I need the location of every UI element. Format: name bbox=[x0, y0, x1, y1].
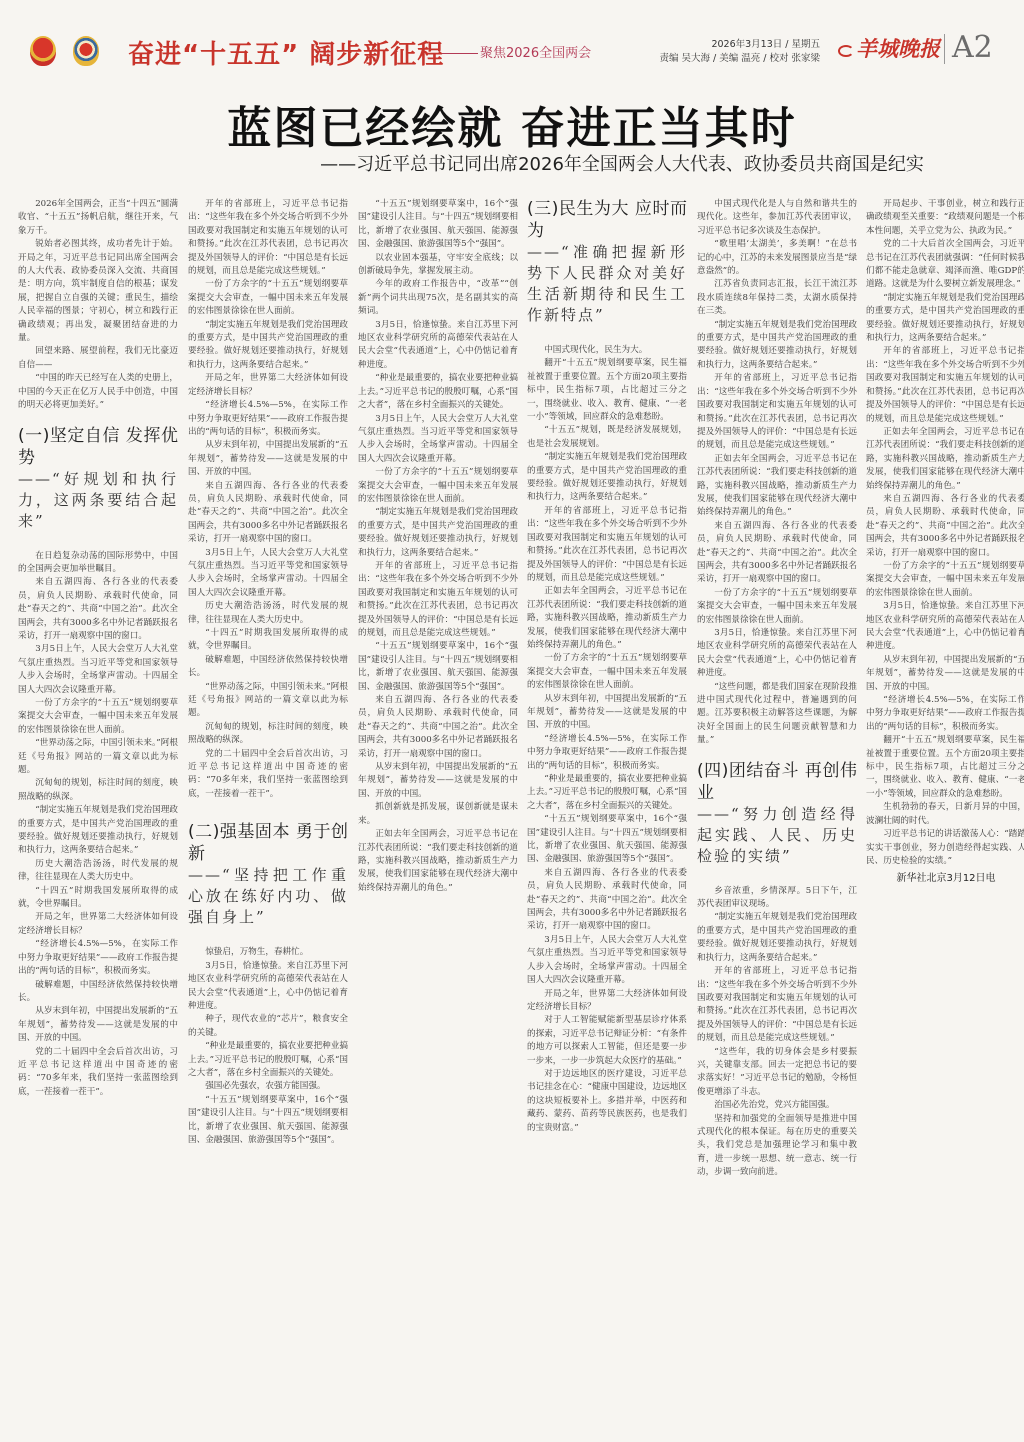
paragraph: 对于边远地区的医疗建设，习近平总书记挂念在心：“健康中国建设，边远地区的这块短板… bbox=[527, 1068, 687, 1135]
paragraph: 翻开“十五五”规划纲要草案，民生福祉被置于重要位置。五个方面20项主要指标中，民… bbox=[866, 734, 1024, 801]
paragraph: “制定实施五年规划是我们党治国理政的重要方式，是中国共产党治国理政的重要经验。做… bbox=[188, 319, 348, 373]
divider bbox=[944, 34, 945, 64]
paragraph: “十五五”规划，既是经济发展规划，也是社会发展规划。 bbox=[527, 424, 687, 451]
paragraph: 党的二十届四中全会后首次出访，习近平总书记这样道出中国奇迹的密码：“70多年来，… bbox=[18, 1046, 178, 1100]
section-quote: ——“准确把握新形势下人民群众对美好生活新期待和民生工作新特点” bbox=[527, 242, 687, 326]
paragraph: 开局之年，世界第二大经济体如何设定经济增长目标？ bbox=[527, 988, 687, 1015]
paragraph: “这些问题，都是我们国家在现阶段推进中国式现代化过程中，普遍遇到的问题。江苏要积… bbox=[697, 681, 857, 748]
paragraph: “制定实施五年规划是我们党治国理政的重要方式，是中国共产党治国理政的重要经验。做… bbox=[527, 451, 687, 505]
paragraph: 中国式现代化，民生为大。 bbox=[527, 344, 687, 357]
paragraph: 开年的省部班上，习近平总书记指出：“这些年我在多个外交场合听到不少外国政要对我国… bbox=[866, 345, 1024, 425]
paragraph: 回望来路、展望前程，我们无比豪迈自信—— bbox=[18, 345, 178, 372]
paragraph: 一份了方余字的“十五五”规划纲要草案提交大会审查，一幅中国未来五年发展的宏伟图景… bbox=[527, 652, 687, 692]
paragraph: 2026年全国两会，正当“十四五”圆满收官、“十五五”扬帆启航，继往开来，气象万… bbox=[18, 198, 178, 238]
article-column-5: 中国式现代化是人与自然和谐共生的现代化。这些年，参加江苏代表团审议，习近平总书记… bbox=[697, 198, 857, 1428]
issue-meta: 2026年3月13日 / 星期五 责编 吴大海 / 美编 温亮 / 校对 张家梁 bbox=[659, 38, 820, 66]
subhead: ——习近平总书记同出席2026年全国两会人大代表、政协委员共商国是纪实 bbox=[0, 150, 1024, 176]
paragraph: 江苏省负责同志汇报，长江干流江苏段水质连续8年保持二类，太湖水质保持在三类。 bbox=[697, 278, 857, 318]
paragraph: “歌里唱‘太湖美’，多美啊！”在总书记的心中，江苏的未来发展图景应当是“绿意盎然… bbox=[697, 238, 857, 278]
paragraph: 坚持和加强党的全面领导是推进中国式现代化的根本保证。每在历史的重要关头，我们党总… bbox=[697, 1113, 857, 1180]
paragraph: “制定实施五年规划是我们党治国理政的重要方式，是中国共产党治国理政的重要经验。做… bbox=[358, 506, 518, 560]
paragraph: 从岁末到年初，中国提出发展新的“五年规划”，蓄势待发——这就是发展的中国、开放的… bbox=[18, 1005, 178, 1045]
paragraph: “世界动荡之际，中国引领未来。”阿根廷《号角报》网站的一篇文章以此为标题。 bbox=[18, 737, 178, 777]
paragraph: 抓创新就是抓发展，谋创新就是谋未来。 bbox=[358, 801, 518, 828]
paragraph: 从岁末到年初，中国提出发展新的“五年规划”，蓄势待发——这就是发展的中国、开放的… bbox=[358, 761, 518, 801]
paragraph: 一份了方余字的“十五五”规划纲要草案提交大会审查，一幅中国未来五年发展的宏伟图景… bbox=[358, 466, 518, 506]
paragraph: 一份了方余字的“十五五”规划纲要草案提交大会审查，一幅中国未来五年发展的宏伟图景… bbox=[18, 697, 178, 737]
paragraph: 习近平总书记的讲话激荡人心：“踏踏实实干事创业，努力创造经得起实践、人民、历史检… bbox=[866, 828, 1024, 868]
paragraph: 开局起步、干事创业，树立和践行正确政绩观至关重要：“政绩观问题是一个根本性问题，… bbox=[866, 198, 1024, 238]
paragraph: “制定实施五年规划是我们党治国理政的重要方式，是中国共产党治国理政的重要经验。做… bbox=[866, 292, 1024, 346]
paragraph: “十五五”规划纲要草案中，16个“强国”建设引人注目。与“十四五”规划纲要相比，… bbox=[358, 640, 518, 694]
section-title: (四)团结奋斗 再创伟业 bbox=[697, 760, 857, 804]
paragraph: 惊蛰启，万物生，春耕忙。 bbox=[188, 946, 348, 959]
paragraph: 党的二十大后首次全国两会，习近平总书记在江苏代表团就强调：“任何时候我们都不能走… bbox=[866, 238, 1024, 292]
paragraph: 正如去年全国两会，习近平总书记在江苏代表团所说：“我们要走科技创新的道路，实施科… bbox=[697, 453, 857, 520]
paragraph: 沉甸甸的规划，标注时间的刻度，映照战略的纵深。 bbox=[188, 721, 348, 748]
section-title: (三)民生为大 应时而为 bbox=[527, 198, 687, 242]
paragraph: 3月5日，恰逢惊蛰。来自江苏里下河地区农业科学研究所的高德荣代表站在人民大会堂“… bbox=[188, 960, 348, 1014]
headline: 蓝图已经绘就 奋进正当其时 bbox=[0, 92, 1024, 156]
paragraph: 开局之年，世界第二大经济体如何设定经济增长目标？ bbox=[188, 372, 348, 399]
section-quote: ——“努力创造经得起实践、人民、历史检验的实绩” bbox=[697, 804, 857, 867]
paragraph: “制定实施五年规划是我们党治国理政的重要方式，是中国共产党治国理政的重要经验。做… bbox=[697, 911, 857, 965]
paragraph: 正如去年全国两会，习近平总书记在江苏代表团所说：“我们要走科技创新的道路，实施科… bbox=[527, 585, 687, 652]
paragraph: 3月5日上午，人民大会堂万人大礼堂气氛庄重热烈。当习近平等党和国家领导人步入会场… bbox=[527, 934, 687, 988]
paragraph: 从岁末到年初，中国提出发展新的“五年规划”，蓄势待发——这就是发展的中国、开放的… bbox=[866, 654, 1024, 694]
paragraph: 在日趋复杂动荡的国际形势中，中国的全国两会更加举世瞩目。 bbox=[18, 550, 178, 577]
paragraph: “中国的昨天已经写在人类的史册上，中国的今天正在亿万人民手中创造，中国的明天必将… bbox=[18, 372, 178, 412]
paragraph: “十四五”时期我国发展所取得的成就，令世界瞩目。 bbox=[18, 885, 178, 912]
paragraph: 开年的省部班上，习近平总书记指出：“这些年我在多个外交场合听到不少外国政要对我国… bbox=[188, 198, 348, 278]
dateline: 新华社北京3月12日电 bbox=[866, 872, 1024, 885]
section-quote: ——“坚持把工作重心放在练好内功、做强自身上” bbox=[188, 865, 348, 928]
paragraph: 来自五湖四海、各行各业的代表委员，肩负人民期盼、承载时代使命，同赴“春天之约”、… bbox=[527, 867, 687, 934]
paragraph: “种业是最重要的，搞农业要把种业搞上去。”习近平总书记的殷殷叮嘱，心系“国之大者… bbox=[358, 372, 518, 412]
paragraph: 开年的省部班上，习近平总书记指出：“这些年我在多个外交场合听到不少外国政要对我国… bbox=[527, 505, 687, 585]
paragraph: “制定实施五年规划是我们党治国理政的重要方式，是中国共产党治国理政的重要经验。做… bbox=[18, 804, 178, 858]
paragraph: “十五五”规划纲要草案中，16个“强国”建设引人注目。与“十四五”规划纲要相比，… bbox=[188, 1094, 348, 1148]
paragraph: 开年的省部班上，习近平总书记指出：“这些年我在多个外交场合听到不少外国政要对我国… bbox=[697, 965, 857, 1045]
cppcc-emblem-icon bbox=[73, 36, 99, 66]
paragraph: 乡音浓重，乡情深厚。5日下午，江苏代表团审议现场。 bbox=[697, 885, 857, 912]
section-heading-2: (二)强基固本 勇于创新 ——“坚持把工作重心放在练好内功、做强自身上” bbox=[188, 821, 348, 928]
section-title: (一)坚定自信 发挥优势 bbox=[18, 425, 178, 469]
article-column-3: “十五五”规划纲要草案中，16个“强国”建设引人注目。与“十四五”规划纲要相比，… bbox=[358, 198, 518, 1428]
paragraph: 今年的政府工作报告中，“改革”“创新”两个词共出现75次，是名副其实的高频词。 bbox=[358, 278, 518, 318]
paragraph: 来自五湖四海、各行各业的代表委员，肩负人民期盼、承载时代使命，同赴“春天之约”、… bbox=[188, 480, 348, 547]
section-heading-4: (四)团结奋斗 再创伟业 ——“努力创造经得起实践、人民、历史检验的实绩” bbox=[697, 760, 857, 867]
paragraph: “十四五”时期我国发展所取得的成就，令世界瞩目。 bbox=[188, 627, 348, 654]
paragraph: 以农业固本强基，守牢安全底线；以创新破局争先，掌握发展主动。 bbox=[358, 252, 518, 279]
banner-title: 奋进“十五五” 阔步新征程 bbox=[128, 34, 444, 71]
paragraph: 对于人工智能赋能新型基层诊疗体系的探索，习近平总书记辩证分析：“有条件的地方可以… bbox=[527, 1014, 687, 1068]
article-column-4: (三)民生为大 应时而为 ——“准确把握新形势下人民群众对美好生活新期待和民生工… bbox=[527, 198, 687, 1428]
paragraph: 正如去年全国两会，习近平总书记在江苏代表团所说：“我们要走科技创新的道路，实施科… bbox=[866, 426, 1024, 493]
section-quote: ——“好规划和执行力，这两条要结合起来” bbox=[18, 469, 178, 532]
paragraph: “经济增长4.5%—5%，在实际工作中努力争取更好结果”——政府工作报告提出的“… bbox=[188, 399, 348, 439]
paragraph: “世界动荡之际，中国引领未来。”阿根廷《号角报》网站的一篇文章以此为标题。 bbox=[188, 681, 348, 721]
paragraph: 来自五湖四海、各行各业的代表委员，肩负人民期盼、承载时代使命，同赴“春天之约”、… bbox=[697, 520, 857, 587]
national-emblem-icon bbox=[30, 36, 56, 66]
paragraph: “种业是最重要的，搞农业要把种业搞上去。”习近平总书记的殷殷叮嘱，心系“国之大者… bbox=[188, 1040, 348, 1080]
paragraph: 破解难题，中国经济依然保持较快增长。 bbox=[18, 979, 178, 1006]
paragraph: 生机勃勃的春天，日新月异的中国，波澜壮阔的时代。 bbox=[866, 801, 1024, 828]
paragraph: 3月5日，恰逢惊蛰。来自江苏里下河地区农业科学研究所的高德荣代表站在人民大会堂“… bbox=[697, 627, 857, 681]
paragraph: “十五五”规划纲要草案中，16个“强国”建设引人注目。与“十四五”规划纲要相比，… bbox=[358, 198, 518, 252]
paragraph: 沉甸甸的规划，标注时间的刻度，映照战略的纵深。 bbox=[18, 777, 178, 804]
paragraph: “制定实施五年规划是我们党治国理政的重要方式，是中国共产党治国理政的重要经验。做… bbox=[697, 319, 857, 373]
paragraph: 开局之年，世界第二大经济体如何设定经济增长目标？ bbox=[18, 911, 178, 938]
paragraph: 一份了方余字的“十五五”规划纲要草案提交大会审查，一幅中国未来五年发展的宏伟图景… bbox=[866, 560, 1024, 600]
issue-date: 2026年3月13日 / 星期五 bbox=[659, 38, 820, 52]
paragraph: 从岁末到年初，中国提出发展新的“五年规划”，蓄势待发——这就是发展的中国、开放的… bbox=[527, 693, 687, 733]
paragraph: 翻开“十五五”规划纲要草案，民生福祉被置于重要位置。五个方面20项主要指标中，民… bbox=[527, 357, 687, 424]
logo-swirl-icon bbox=[838, 45, 854, 57]
paragraph: 历史大潮浩浩汤汤，时代发展的规律，往往显现在人类大历史中。 bbox=[18, 858, 178, 885]
paragraph: 破解难题，中国经济依然保持较快增长。 bbox=[188, 654, 348, 681]
editor-credits: 责编 吴大海 / 美编 温亮 / 校对 张家梁 bbox=[659, 52, 820, 66]
paragraph: 党的二十届四中全会后首次出访，习近平总书记这样道出中国奇迹的密码：“70多年来，… bbox=[188, 748, 348, 802]
paragraph: “经济增长4.5%—5%，在实际工作中努力争取更好结果”——政府工作报告提出的“… bbox=[527, 733, 687, 773]
page-number: A2 bbox=[952, 30, 993, 65]
section-heading-3: (三)民生为大 应时而为 ——“准确把握新形势下人民群众对美好生活新期待和民生工… bbox=[527, 198, 687, 326]
paragraph: 正如去年全国两会，习近平总书记在江苏代表团所说：“我们要走科技创新的道路，实施科… bbox=[358, 828, 518, 895]
newspaper-name: 羊城晚报 bbox=[856, 36, 940, 61]
paragraph: 一份了方余字的“十五五”规划纲要草案提交大会审查，一幅中国未来五年发展的宏伟图景… bbox=[697, 587, 857, 627]
paragraph: 3月5日，恰逢惊蛰。来自江苏里下河地区农业科学研究所的高德荣代表站在人民大会堂“… bbox=[866, 600, 1024, 654]
paragraph: 3月5日上午，人民大会堂万人大礼堂气氛庄重热烈。当习近平等党和国家领导人步入会场… bbox=[188, 547, 348, 601]
paragraph: “经济增长4.5%—5%，在实际工作中努力争取更好结果”——政府工作报告提出的“… bbox=[866, 694, 1024, 734]
paragraph: 来自五湖四海、各行各业的代表委员，肩负人民期盼、承载时代使命，同赴“春天之约”、… bbox=[358, 694, 518, 761]
section-heading-1: (一)坚定自信 发挥优势 ——“好规划和执行力，这两条要结合起来” bbox=[18, 425, 178, 532]
article-column-6: 开局起步、干事创业，树立和践行正确政绩观至关重要：“政绩观问题是一个根本性问题，… bbox=[866, 198, 1024, 1428]
paragraph: 从岁末到年初，中国提出发展新的“五年规划”，蓄势待发——这就是发展的中国、开放的… bbox=[188, 439, 348, 479]
article-column-2: 开年的省部班上，习近平总书记指出：“这些年我在多个外交场合听到不少外国政要对我国… bbox=[188, 198, 348, 1428]
paragraph: “十五五”规划纲要草案中，16个“强国”建设引人注目。与“十四五”规划纲要相比，… bbox=[527, 813, 687, 867]
newspaper-logo: 羊城晚报 bbox=[838, 33, 940, 63]
paragraph: 3月5日上午，人民大会堂万人大礼堂气氛庄重热烈。当习近平等党和国家领导人步入会场… bbox=[358, 413, 518, 467]
section-title: (二)强基固本 勇于创新 bbox=[188, 821, 348, 865]
paragraph: 一份了方余字的“十五五”规划纲要草案提交大会审查，一幅中国未来五年发展的宏伟图景… bbox=[188, 278, 348, 318]
paragraph: 锐始者必图其终，成功者先计于始。开局之年，习近平总书记同出席全国两会的人大代表、… bbox=[18, 238, 178, 345]
paragraph: 历史大潮浩浩汤汤，时代发展的规律，往往显现在人类大历史中。 bbox=[188, 600, 348, 627]
paragraph: 3月5日，恰逢惊蛰。来自江苏里下河地区农业科学研究所的高德荣代表站在人民大会堂“… bbox=[358, 319, 518, 373]
paragraph: 来自五湖四海、各行各业的代表委员，肩负人民期盼、承载时代使命，同赴“春天之约”、… bbox=[18, 576, 178, 643]
paragraph: 开年的省部班上，习近平总书记指出：“这些年我在多个外交场合听到不少外国政要对我国… bbox=[358, 560, 518, 640]
paragraph: 强国必先强农，农强方能国强。 bbox=[188, 1080, 348, 1093]
paragraph: 种子，现代农业的“芯片”，粮食安全的关键。 bbox=[188, 1013, 348, 1040]
article-column-1: 2026年全国两会，正当“十四五”圆满收官、“十五五”扬帆启航，继往开来，气象万… bbox=[18, 198, 178, 1428]
paragraph: “这些年，我的切身体会是乡村要振兴，关键靠支部。回去一定把总书记的要求落实好！”… bbox=[697, 1046, 857, 1100]
paragraph: 治国必先治党，党兴方能国强。 bbox=[697, 1099, 857, 1112]
paragraph: 3月5日上午，人民大会堂万人大礼堂气氛庄重热烈。当习近平等党和国家领导人步入会场… bbox=[18, 643, 178, 697]
paragraph: 开年的省部班上，习近平总书记指出：“这些年我在多个外交场合听到不少外国政要对我国… bbox=[697, 372, 857, 452]
paragraph: “经济增长4.5%—5%，在实际工作中努力争取更好结果”——政府工作报告提出的“… bbox=[18, 938, 178, 978]
paragraph: 来自五湖四海、各行各业的代表委员，肩负人民期盼、承载时代使命，同赴“春天之约”、… bbox=[866, 493, 1024, 560]
masthead: 奋进“十五五” 阔步新征程 聚焦2026全国两会 2026年3月13日 / 星期… bbox=[0, 0, 1024, 75]
paragraph: 中国式现代化是人与自然和谐共生的现代化。这些年，参加江苏代表团审议，习近平总书记… bbox=[697, 198, 857, 238]
banner-subtitle: 聚焦2026全国两会 bbox=[442, 42, 591, 61]
paragraph: “种业是最重要的，搞农业要把种业搞上去。”习近平总书记的殷殷叮嘱，心系“国之大者… bbox=[527, 773, 687, 813]
